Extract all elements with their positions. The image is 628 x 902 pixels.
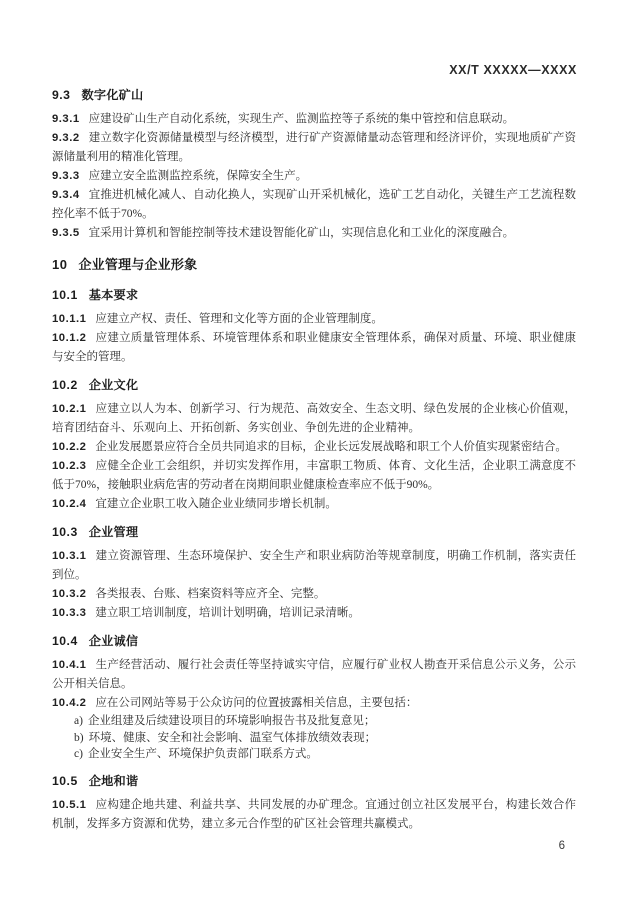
- page-number: 6: [559, 840, 565, 852]
- chapter-heading-10: 10企业管理与企业形象: [52, 254, 576, 273]
- paragraph-text: 建立资源管理、生态环境保护、安全生产和职业病防治等规章制度，明确工作机制，落实责…: [52, 550, 576, 581]
- paragraph-text: 宜建立企业职工收入随企业业绩同步增长机制。: [95, 498, 337, 510]
- clause-number: 9.3.3: [52, 170, 80, 182]
- paragraph-text: 企业发展愿景应符合全员共同追求的目标，企业长远发展战略和职工个人价值实现紧密结合…: [95, 441, 567, 453]
- paragraph-text: 应建设矿山生产自动化系统，实现生产、监测监控等子系统的集中管控和信息联动。: [89, 113, 515, 125]
- clause-number: 10.4.2: [52, 697, 86, 709]
- paragraph-text: 建立职工培训制度，培训计划明确，培训记录清晰。: [95, 607, 360, 619]
- list-item-label: a): [74, 715, 83, 727]
- clause-number: 10.4: [52, 634, 78, 648]
- document-content: 9.3数字化矿山 9.3.1应建设矿山生产自动化系统，实现生产、监测监控等子系统…: [52, 86, 576, 834]
- disclosure-list: a)企业组建及后续建设项目的环境影响报告书及批复意见； b)环境、健康、安全和社…: [74, 713, 576, 763]
- list-item-text: 企业组建及后续建设项目的环境影响报告书及批复意见；: [88, 715, 376, 727]
- clause-title: 企地和谐: [89, 774, 139, 788]
- clause-heading-10-2: 10.2企业文化: [52, 376, 576, 393]
- clause-paragraph-9-3-3: 9.3.3应建立安全监测监控系统，保障安全生产。: [52, 167, 576, 186]
- clause-title: 企业诚信: [89, 634, 139, 648]
- chapter-number: 10: [52, 257, 67, 272]
- clause-heading-10-3: 10.3企业管理: [52, 523, 576, 540]
- clause-number: 10.5.1: [52, 799, 86, 811]
- paragraph-text: 应建立以人为本、创新学习、行为规范、高效安全、生态文明、绿色发展的企业核心价值观…: [52, 403, 576, 434]
- paragraph-text: 宜采用计算机和智能控制等技术建设智能化矿山，实现信息化和工业化的深度融合。: [89, 227, 515, 239]
- list-item-c: c)企业安全生产、环境保护负责部门联系方式。: [74, 746, 576, 763]
- paragraph-text: 应在公司网站等易于公众访问的位置披露相关信息，主要包括：: [95, 697, 417, 709]
- paragraph-text: 宜推进机械化减人、自动化换人，实现矿山开采机械化，选矿工艺自动化，关键生产工艺流…: [52, 189, 576, 220]
- clause-number: 9.3.4: [52, 189, 80, 201]
- clause-number: 10.2.2: [52, 441, 86, 453]
- list-item-text: 环境、健康、安全和社会影响、温室气体排放绩效表现；: [89, 732, 377, 744]
- paragraph-text: 生产经营活动、履行社会责任等坚持诚实守信，应履行矿业权人勘查开采信息公示义务，公…: [52, 659, 576, 690]
- clause-number: 10.2.4: [52, 498, 86, 510]
- list-item-text: 企业安全生产、环境保护负责部门联系方式。: [88, 748, 318, 760]
- clause-number: 9.3.1: [52, 113, 80, 125]
- list-item-a: a)企业组建及后续建设项目的环境影响报告书及批复意见；: [74, 713, 576, 730]
- clause-paragraph-10-3-2: 10.3.2各类报表、台账、档案资料等应齐全、完整。: [52, 585, 576, 604]
- list-item-label: b): [74, 732, 84, 744]
- paragraph-text: 各类报表、台账、档案资料等应齐全、完整。: [95, 588, 325, 600]
- clause-paragraph-10-5-1: 10.5.1应构建企地共建、利益共享、共同发展的办矿理念。宜通过创立社区发展平台…: [52, 796, 576, 834]
- clause-heading-10-5: 10.5企地和谐: [52, 772, 576, 789]
- clause-paragraph-10-1-2: 10.1.2应建立质量管理体系、环境管理体系和职业健康安全管理体系，确保对质量、…: [52, 329, 576, 367]
- standard-code: XX/T XXXXX—XXXX: [449, 63, 577, 77]
- clause-title: 数字化矿山: [81, 88, 143, 102]
- clause-heading-10-1: 10.1基本要求: [52, 286, 576, 303]
- clause-paragraph-10-2-3: 10.2.3应健全企业工会组织，并切实发挥作用，丰富职工物质、体育、文化生活，企…: [52, 457, 576, 495]
- clause-number: 10.1: [52, 288, 78, 302]
- paragraph-text: 应建立安全监测监控系统，保障安全生产。: [89, 170, 308, 182]
- clause-paragraph-10-3-3: 10.3.3建立职工培训制度，培训计划明确，培训记录清晰。: [52, 604, 576, 623]
- clause-number: 10.2: [52, 378, 78, 392]
- clause-paragraph-9-3-5: 9.3.5宜采用计算机和智能控制等技术建设智能化矿山，实现信息化和工业化的深度融…: [52, 224, 576, 243]
- clause-number: 10.3.2: [52, 588, 86, 600]
- clause-number: 10.2.1: [52, 403, 86, 415]
- clause-paragraph-10-2-4: 10.2.4宜建立企业职工收入随企业业绩同步增长机制。: [52, 495, 576, 514]
- clause-paragraph-9-3-4: 9.3.4宜推进机械化减人、自动化换人，实现矿山开采机械化，选矿工艺自动化，关键…: [52, 186, 576, 224]
- clause-paragraph-10-1-1: 10.1.1应建立产权、责任、管理和文化等方面的企业管理制度。: [52, 310, 576, 329]
- clause-title: 企业管理: [89, 525, 139, 539]
- clause-heading-9-3: 9.3数字化矿山: [52, 86, 576, 103]
- clause-number: 10.3: [52, 525, 78, 539]
- clause-paragraph-9-3-2: 9.3.2建立数字化资源储量模型与经济模型，进行矿产资源储量动态管理和经济评价，…: [52, 129, 576, 167]
- paragraph-text: 应构建企地共建、利益共享、共同发展的办矿理念。宜通过创立社区发展平台，构建长效合…: [52, 799, 576, 830]
- clause-paragraph-10-3-1: 10.3.1建立资源管理、生态环境保护、安全生产和职业病防治等规章制度，明确工作…: [52, 547, 576, 585]
- list-item-b: b)环境、健康、安全和社会影响、温室气体排放绩效表现；: [74, 730, 576, 747]
- clause-title: 基本要求: [89, 288, 139, 302]
- clause-paragraph-10-4-1: 10.4.1生产经营活动、履行社会责任等坚持诚实守信，应履行矿业权人勘查开采信息…: [52, 656, 576, 694]
- clause-number: 10.5: [52, 774, 78, 788]
- document-page: XX/T XXXXX—XXXX 9.3数字化矿山 9.3.1应建设矿山生产自动化…: [0, 0, 628, 902]
- clause-paragraph-10-2-2: 10.2.2企业发展愿景应符合全员共同追求的目标，企业长远发展战略和职工个人价值…: [52, 438, 576, 457]
- clause-number: 10.3.3: [52, 607, 86, 619]
- clause-paragraph-10-2-1: 10.2.1应建立以人为本、创新学习、行为规范、高效安全、生态文明、绿色发展的企…: [52, 400, 576, 438]
- clause-number: 9.3.5: [52, 227, 80, 239]
- chapter-title: 企业管理与企业形象: [78, 257, 197, 272]
- clause-heading-10-4: 10.4企业诚信: [52, 632, 576, 649]
- clause-number: 10.3.1: [52, 550, 86, 562]
- clause-title: 企业文化: [89, 378, 139, 392]
- clause-paragraph-10-4-2: 10.4.2应在公司网站等易于公众访问的位置披露相关信息，主要包括：: [52, 694, 576, 713]
- clause-paragraph-9-3-1: 9.3.1应建设矿山生产自动化系统，实现生产、监测监控等子系统的集中管控和信息联…: [52, 110, 576, 129]
- clause-number: 10.2.3: [52, 460, 86, 472]
- clause-number: 10.4.1: [52, 659, 86, 671]
- paragraph-text: 建立数字化资源储量模型与经济模型，进行矿产资源储量动态管理和经济评价，实现地质矿…: [52, 132, 576, 163]
- paragraph-text: 应建立质量管理体系、环境管理体系和职业健康安全管理体系，确保对质量、环境、职业健…: [52, 332, 576, 363]
- clause-number: 10.1.1: [52, 313, 86, 325]
- clause-number: 10.1.2: [52, 332, 86, 344]
- clause-number: 9.3.2: [52, 132, 80, 144]
- paragraph-text: 应建立产权、责任、管理和文化等方面的企业管理制度。: [95, 313, 383, 325]
- clause-number: 9.3: [52, 88, 70, 102]
- paragraph-text: 应健全企业工会组织，并切实发挥作用，丰富职工物质、体育、文化生活，企业职工满意度…: [52, 460, 576, 491]
- list-item-label: c): [74, 748, 83, 760]
